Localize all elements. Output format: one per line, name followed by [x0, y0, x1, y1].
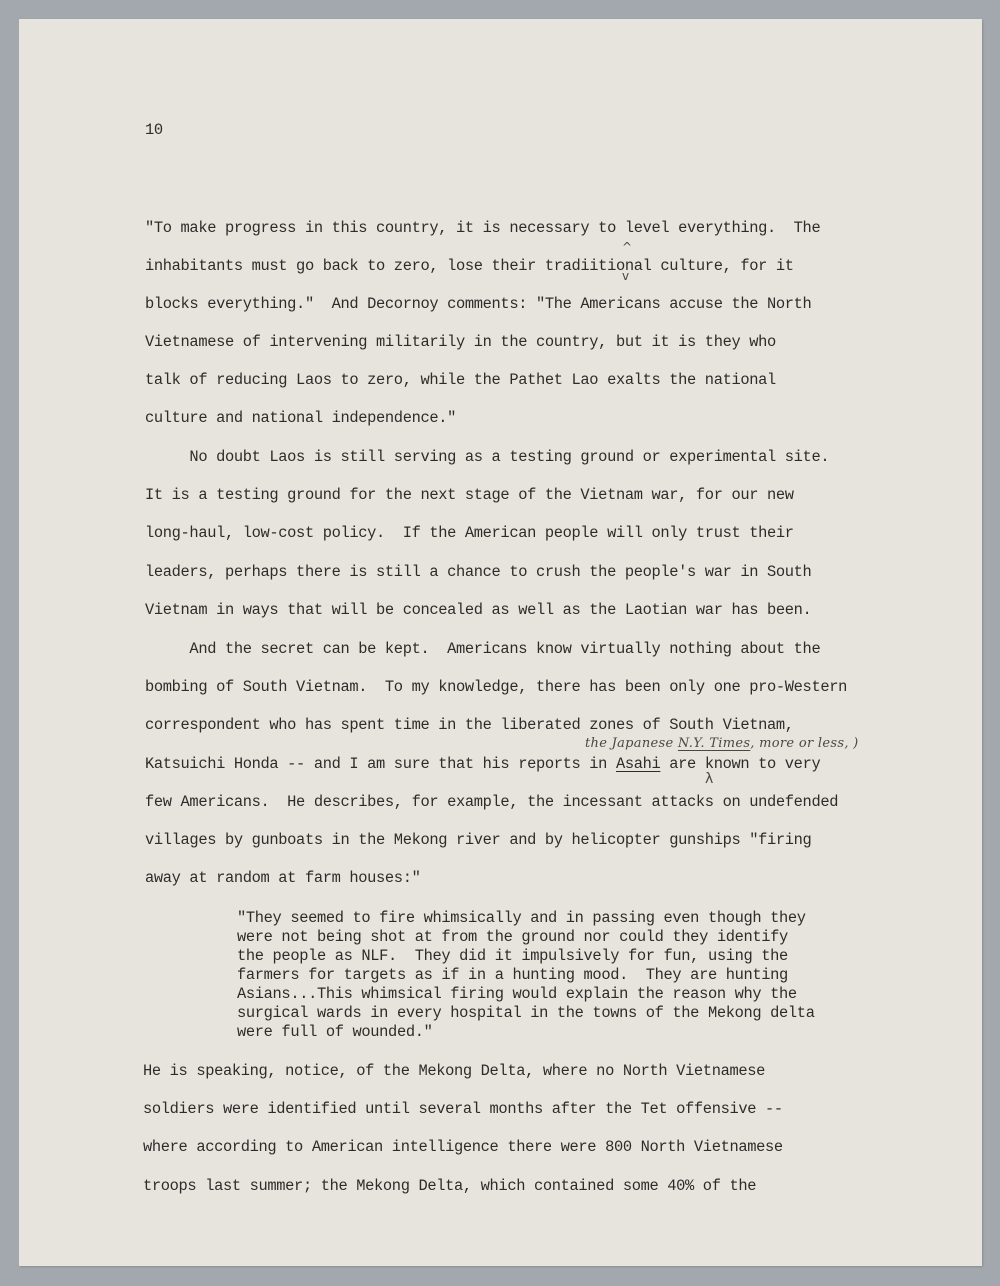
text-line: villages by gunboats in the Mekong river… — [145, 831, 811, 849]
annotation-prefix: the Japanese — [585, 736, 678, 751]
text-line: correspondent who has spent time in the … — [145, 716, 794, 734]
text-line: blocks everything." And Decornoy comment… — [145, 295, 811, 313]
text-line: talk of reducing Laos to zero, while the… — [145, 371, 776, 389]
quote-line: the people as NLF. They did it impulsive… — [237, 947, 788, 965]
quote-line: were not being shot at from the ground n… — [237, 928, 788, 946]
quote-line: farmers for targets as if in a hunting m… — [237, 966, 788, 984]
text-line: culture and national independence." — [145, 409, 456, 427]
text-line: bombing of South Vietnam. To my knowledg… — [145, 678, 847, 696]
quote-line: surgical wards in every hospital in the … — [237, 1004, 815, 1022]
text-line: Vietnamese of intervening militarily in … — [145, 333, 776, 351]
text-line: where according to American intelligence… — [143, 1138, 783, 1156]
text-segment: are known to very — [660, 755, 820, 773]
text-line: inhabitants must go back to zero, lose t… — [145, 257, 794, 275]
correction-caret-icon: ^ — [622, 240, 632, 254]
handwritten-annotation: the Japanese N.Y. Times, more or less, ) — [585, 736, 859, 751]
text-line: Katsuichi Honda -- and I am sure that hi… — [145, 755, 820, 773]
text-line: soldiers were identified until several m… — [143, 1100, 783, 1118]
text-line: long-haul, low-cost policy. If the Ameri… — [145, 524, 794, 542]
text-line: And the secret can be kept. Americans kn… — [145, 640, 820, 658]
text-line: He is speaking, notice, of the Mekong De… — [143, 1062, 765, 1080]
insertion-caret-icon: λ — [705, 771, 713, 787]
quote-line: Asians...This whimsical firing would exp… — [237, 985, 797, 1003]
annotation-underlined: N.Y. Times — [678, 736, 750, 751]
text-line: No doubt Laos is still serving as a test… — [145, 448, 829, 466]
asahi-underlined: Asahi — [616, 755, 660, 773]
text-line: leaders, perhaps there is still a chance… — [145, 563, 811, 581]
text-line: away at random at farm houses:" — [145, 869, 420, 887]
text-line: Vietnam in ways that will be concealed a… — [145, 601, 811, 619]
text-line: troops last summer; the Mekong Delta, wh… — [143, 1177, 756, 1195]
text-line: It is a testing ground for the next stag… — [145, 486, 794, 504]
document-page: 10 "To make progress in this country, it… — [19, 19, 982, 1266]
correction-caret-icon: v — [622, 269, 629, 283]
text-line: few Americans. He describes, for example… — [145, 793, 838, 811]
text-line: "To make progress in this country, it is… — [145, 219, 820, 237]
page-number: 10 — [145, 121, 163, 139]
quote-line: were full of wounded." — [237, 1023, 433, 1041]
annotation-suffix: , more or less, ) — [750, 736, 858, 751]
text-segment: Katsuichi Honda -- and I am sure that hi… — [145, 755, 616, 773]
quote-line: "They seemed to fire whimsically and in … — [237, 909, 806, 927]
